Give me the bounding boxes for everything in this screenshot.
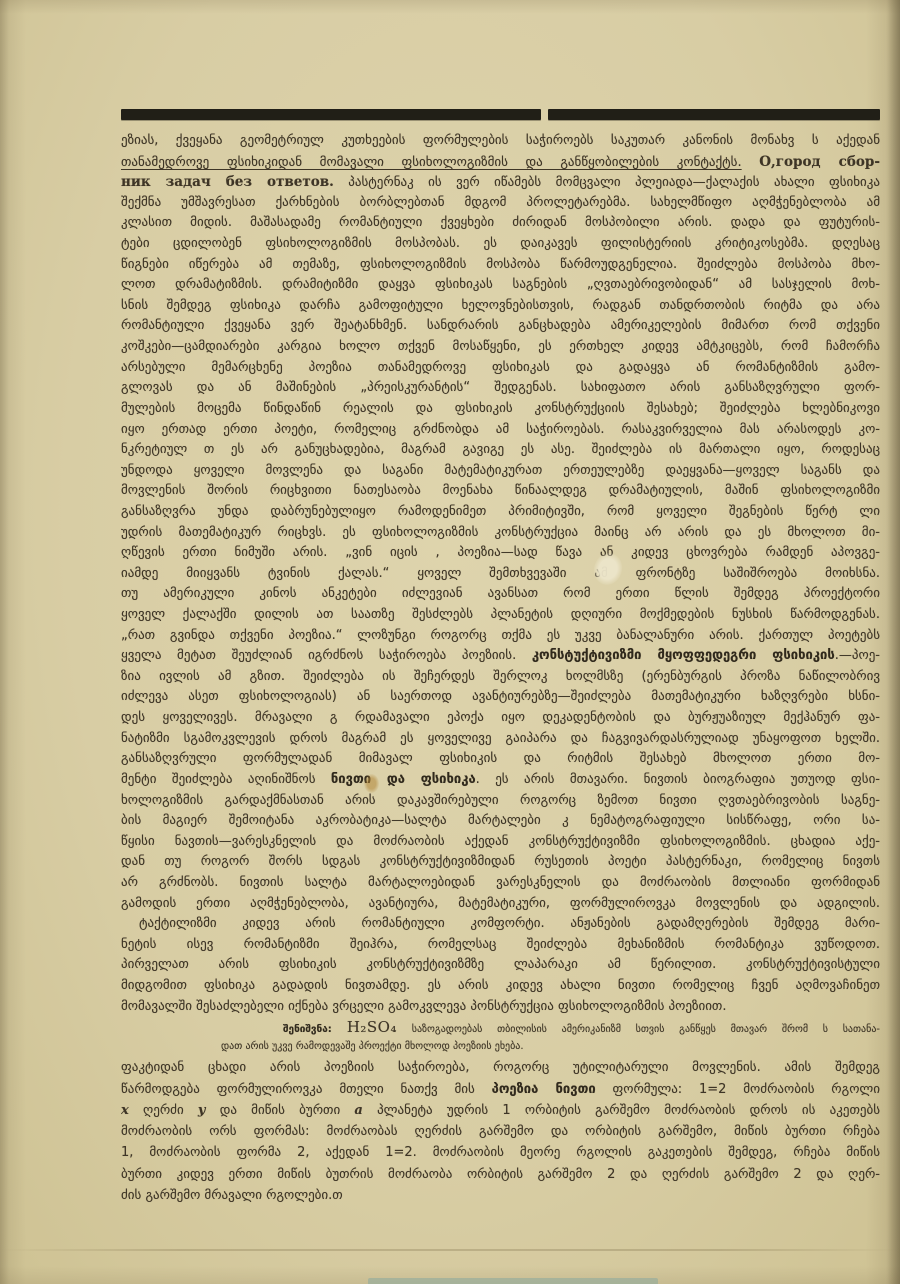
text-segment: რომანტიული ქვეყანა ვერ შეატანხმენ. სანდრ…	[121, 318, 880, 333]
bold-text-segment: კონსტუქტივიზმი მყოფფედეგრი ფსიხიკის	[532, 648, 835, 663]
text-segment: პასტერნაკ ის ვერ იწამებს მომცვალი პლეიად…	[334, 175, 880, 190]
scanner-edge-mark	[368, 1278, 658, 1284]
text-segment: ზია ივლის ამ გზით. შეიძლება ის შეჩერდეს …	[121, 669, 880, 684]
footnote-note: შენიშვნა: H₂SO₄ საზოგადოებას თბილისის ამ…	[221, 1017, 880, 1057]
text-line: შექმნა უმშავრესათ ქარხნების ბორბლებთან მ…	[121, 193, 880, 214]
text-segment: ხოლოგიზმის გარდაქმნასთან არის დაკავშირებ…	[121, 793, 880, 808]
bold-text-segment: ნივთი და ფსიხიკა	[331, 772, 476, 787]
text-segment: სნის შემდეგ ფსიხიკა დარჩა გამოფიტული ხელ…	[121, 298, 880, 313]
text-line: მენტი შეიძლება აღინიშნოს ნივთი და ფსიხიკ…	[121, 770, 880, 791]
russian-text-segment: ник задач без ответов.	[121, 174, 334, 190]
text-line: მომავალში შესაძლებელი იქნება ვრცელი გამო…	[121, 997, 880, 1018]
text-segment: გლოვას და ან მაშინების „პრეისკურანტის“ შ…	[121, 380, 880, 395]
math-variable: a	[354, 1103, 362, 1118]
text-line: თუ ამერიკული კინოს ანკეტები იძლევიან ავა…	[121, 584, 880, 605]
text-line: ყველა მეტათ შეუძლიან იგრძნოს საჭიროება პ…	[121, 646, 880, 667]
top-rule-left	[121, 109, 541, 120]
text-segment: თუ ამერიკული კინოს ანკეტები იძლევიან ავა…	[121, 586, 880, 601]
text-line: ხოლოგიზმის გარდაქმნასთან არის დაკავშირებ…	[121, 791, 880, 812]
paper-crease	[0, 1249, 900, 1251]
text-line: გამოდის ერთი აღმჭენებლობა, ავანტიურა, მა…	[121, 894, 880, 915]
text-segment: ფორმულა: 1=2 მოძრაობის რგოლი	[596, 1082, 880, 1097]
closing-paragraph: პირველათ არის ფსიხიკის კონსტრუქტივიზმზე …	[121, 955, 880, 1017]
text-segment: მოვლენის შორის რიცხვითი ნათესაობა მოენახ…	[121, 483, 880, 498]
text-segment: საზოგადოებას თბილისის ამერიკანიზმ სთვის …	[397, 1024, 880, 1035]
text-segment: არ გრძნობს. ნივთის სალტა მარტალოებიდან ვ…	[121, 875, 880, 890]
text-segment: იყო ერთად ერთი პოეტი, რომელიც გრძნობდა ა…	[121, 422, 880, 437]
text-segment: არსებული მემარცხენე პოეზია თანამედროვე ფ…	[121, 360, 880, 375]
text-segment: მულების მოცემა წინდაწინ რეალის და ფსიხიკ…	[121, 401, 880, 416]
text-segment	[742, 155, 760, 170]
text-segment: ყველა მეტათ შეუძლიან იგრძნოს საჭიროება პ…	[121, 648, 532, 663]
text-segment: ლოთ დრამატიზმის. დრამიტიზმი დაყვა ფსიხიკ…	[121, 277, 880, 292]
text-line: ნკრეტიულ თ ეს არ განუცხადებია, მაგრამ გა…	[121, 440, 880, 461]
text-line: ძის გარშემო მრავალი რგოლები.თ	[121, 1185, 880, 1206]
text-line: „რათ გვინდა თქვენი პოეზია.“ ლოზუნგი როგო…	[121, 626, 880, 647]
text-line: ლოთ დრამატიზმის. დრამიტიზმი დაყვა ფსიხიკ…	[121, 275, 880, 296]
text-segment: პირველათ არის ფსიხიკის კონსტრუქტივიზმზე …	[121, 957, 880, 972]
text-line: ტები ცდილობენ ფსიხოლოგიზმის მოსპობას. ეს…	[121, 234, 880, 255]
text-segment: მიდგომით ფსიხიკა გადადის ნივთამდე. ეს არ…	[121, 978, 880, 993]
text-line: მიდგომით ფსიხიკა გადადის ნივთამდე. ეს არ…	[121, 976, 880, 997]
text-line: დეს ყოველივეს. მრავალი გ რდამავალი ეპოქა…	[121, 708, 880, 729]
formula-paragraph: ფაკტიდან ცხადი არის პოეზიის საჭიროება, რ…	[121, 1057, 880, 1206]
text-segment: მომავალში შესაძლებელი იქნება ვრცელი გამო…	[121, 999, 726, 1014]
text-line: ნატიზმი სგამოკვლევის დროს მაგრამ ეს ყოვე…	[121, 729, 880, 750]
paper-edge-shadow-right	[886, 0, 900, 1284]
text-segment: უდრის მათემატიკურ რიცხვს. ეს ფსიხოლოგიზმ…	[121, 525, 880, 540]
text-line: მულების მოცემა წინდაწინ რეალის და ფსიხიკ…	[121, 399, 880, 420]
text-segment: მოძრაობის ორს ფორმას: მოძრაობას ღერძის გ…	[121, 1124, 880, 1139]
text-segment: .—პოე-	[835, 648, 880, 663]
text-line: რომანტიული ქვეყანა ვერ შეატანხმენ. სანდრ…	[121, 316, 880, 337]
text-segment: ყოველ ქალაქში დილის ათ საათზე შესძლებს პ…	[121, 607, 880, 622]
text-line: მოძრაობის ორს ფორმას: მოძრაობას ღერძის გ…	[121, 1121, 880, 1142]
text-line: თანამედროვე ფსიხიკიდან მომავალი ფსიხოლოგ…	[121, 152, 880, 173]
text-line: მოვლენის შორის რიცხვითი ნათესაობა მოენახ…	[121, 481, 880, 502]
text-segment: ღერძი	[129, 1103, 198, 1118]
text-segment: ბურთი კიდევ ერთი მიწის ბუთრის მოძრაობა ო…	[121, 1167, 880, 1182]
text-line: წყისი ნავთის—ვარესკნელის და მოძრაობის აქ…	[121, 832, 880, 853]
text-line: ღწევის ერთი ნიმუში არის. „ვინ იცის , პოე…	[121, 543, 880, 564]
text-line: იძლევა ასეთ ფსიხოლოგიას) ან საერთოდ ავან…	[121, 687, 880, 708]
text-segment: 1, მოძრაობის ფორმა 2, აქედან 1=2. მოძრაო…	[121, 1145, 880, 1160]
text-line: დან თუ როგორ შორს სდგას კონსტრუქტივიზმიდ…	[121, 852, 880, 873]
text-segment: და მიწის ბურთი	[205, 1103, 354, 1118]
text-segment: ბის მაგიერ შემოიტანა აკრობატიკა—სალტა მა…	[121, 813, 880, 828]
bold-text-segment: შენიშვნა:	[283, 1024, 347, 1035]
text-line: უდრის მათემატიკურ რიცხვს. ეს ფსიხოლოგიზმ…	[121, 523, 880, 544]
text-line: არ გრძნობს. ნივთის სალტა მარტალოებიდან ვ…	[121, 873, 880, 894]
text-segment: ფაკტიდან ცხადი არის პოეზიის საჭიროება, რ…	[121, 1060, 880, 1075]
text-line: გლოვას და ან მაშინების „პრეისკურანტის“ შ…	[121, 378, 880, 399]
text-line: კოშკები—ცამდიარები კარგია ხოლო თქვენ მოს…	[121, 337, 880, 358]
text-segment: ტები ცდილობენ ფსიხოლოგიზმის მოსპობას. ეს…	[121, 236, 880, 251]
text-line: წარმოდგება ფორმულიროვკა მთელი ნათქვ მის …	[121, 1079, 880, 1100]
text-line: ник задач без ответов. პასტერნაკ ის ვერ …	[121, 172, 880, 193]
text-segment: „რათ გვინდა თქვენი პოეზია.“ ლოზუნგი როგო…	[121, 628, 880, 643]
text-segment: ნკრეტიულ თ ეს არ განუცხადებია, მაგრამ გა…	[121, 442, 880, 457]
text-line: დათ არის უკვე რამოდევაშე პროექტი მხოლოდ …	[221, 1037, 880, 1057]
main-paragraph: ეზიას, ქვეყანა გეომეტრიულ კუთხეების ფორმ…	[121, 131, 880, 955]
top-rule-right	[548, 109, 880, 120]
text-segment: ეზიას, ქვეყანა გეომეტრიულ კუთხეების ფორმ…	[121, 133, 880, 148]
text-line: x ღერძი y და მიწის ბურთი a პლანეტა უდრის…	[121, 1100, 880, 1121]
text-segment: ნეტის ისევ რომანტიზმი შეიჰრა, რომელსაც შ…	[121, 937, 880, 952]
article-text-block: ეზიას, ქვეყანა გეომეტრიულ კუთხეების ფორმ…	[121, 131, 880, 1206]
text-segment: შექმნა უმშავრესათ ქარხნების ბორბლებთან მ…	[121, 195, 880, 210]
text-line: განსაზღვრა უნდა დაბრუნებულიყო რამოდენიმე…	[121, 502, 880, 523]
bold-text-segment: პოეზია ნივთი	[492, 1082, 596, 1097]
russian-text-segment: О,город сбор-	[759, 154, 880, 170]
text-segment: განსაზღვრული ფორმულადან მიმავალ ფსიხიკის…	[121, 751, 880, 766]
text-segment: ღწევის ერთი ნიმუში არის. „ვინ იცის , პოე…	[121, 545, 880, 560]
text-line: წიგნები იწერება ამ თემაზე, ფსიხოლოგიზმის…	[121, 255, 880, 276]
text-segment: დათ არის უკვე რამოდევაშე პროექტი მხოლოდ …	[221, 1041, 524, 1052]
text-segment: წარმოდგება ფორმულიროვკა მთელი ნათქვ მის	[121, 1082, 492, 1097]
text-line: ეზიას, ქვეყანა გეომეტრიულ კუთხეების ფორმ…	[121, 131, 880, 152]
text-segment: გამოდის ერთი აღმჭენებლობა, ავანტიურა, მა…	[121, 896, 880, 911]
text-segment: დეს ყოველივეს. მრავალი გ რდამავალი ეპოქა…	[121, 710, 880, 725]
scanned-page: ეზიას, ქვეყანა გეომეტრიულ კუთხეების ფორმ…	[0, 0, 900, 1284]
math-variable: x	[121, 1103, 129, 1118]
text-line: ბურთი კიდევ ერთი მიწის ბუთრის მოძრაობა ო…	[121, 1164, 880, 1185]
text-segment: იძლევა ასეთ ფსიხოლოგიას) ან საერთოდ ავან…	[121, 689, 880, 704]
text-segment: დან თუ როგორ შორს სდგას კონსტრუქტივიზმიდ…	[121, 854, 880, 869]
text-line: ზია ივლის ამ გზით. შეიძლება ის შეჩერდეს …	[121, 667, 880, 688]
text-segment: იამდე მიიყვანს ტვინის ქალას.“ ყოველ შემთ…	[121, 566, 880, 581]
text-segment: ნატიზმი სგამოკვლევის დროს მაგრამ ეს ყოვე…	[121, 731, 880, 746]
text-line: 1, მოძრაობის ფორმა 2, აქედან 1=2. მოძრაო…	[121, 1142, 880, 1163]
underlined-text-segment: თანამედროვე ფსიხიკიდან მომავალი ფსიხოლოგ…	[121, 155, 742, 170]
text-segment: განსაზღვრა უნდა დაბრუნებულიყო რამოდენიმე…	[121, 504, 880, 519]
text-line: ტაქტილიზმი კიდევ არის რომანტიული კომფორტ…	[121, 914, 880, 935]
text-line: შენიშვნა: H₂SO₄ საზოგადოებას თბილისის ამ…	[221, 1017, 880, 1037]
text-line: ბის მაგიერ შემოიტანა აკრობატიკა—სალტა მა…	[121, 811, 880, 832]
text-line: განსაზღვრული ფორმულადან მიმავალ ფსიხიკის…	[121, 749, 880, 770]
text-segment: კოშკები—ცამდიარები კარგია ხოლო თქვენ მოს…	[121, 339, 880, 354]
text-segment: წიგნები იწერება ამ თემაზე, ფსიხოლოგიზმის…	[121, 257, 880, 272]
chemical-formula: H₂SO₄	[347, 1018, 397, 1036]
text-segment: . ეს არის მთავარი. ნივთის ბიოგრაფია უთუო…	[476, 772, 880, 787]
text-segment: უნდოდა ყოველი მოვლენა და საგანი მატემატი…	[121, 463, 880, 478]
text-segment: მენტი შეიძლება აღინიშნოს	[121, 772, 331, 787]
text-line: კლასით მიდის. მაშასადამე რომანტიული ქვეყ…	[121, 213, 880, 234]
text-line: ყოველ ქალაქში დილის ათ საათზე შესძლებს პ…	[121, 605, 880, 626]
text-segment: პლანეტა უდრის 1 ორბიტის გარშემო მოძრაობი…	[363, 1103, 880, 1118]
text-line: იამდე მიიყვანს ტვინის ქალას.“ ყოველ შემთ…	[121, 564, 880, 585]
text-line: პირველათ არის ფსიხიკის კონსტრუქტივიზმზე …	[121, 955, 880, 976]
text-segment: ტაქტილიზმი კიდევ არის რომანტიული კომფორტ…	[139, 916, 880, 931]
text-segment: კლასით მიდის. მაშასადამე რომანტიული ქვეყ…	[121, 215, 880, 230]
text-segment: ძის გარშემო მრავალი რგოლები.თ	[121, 1188, 343, 1203]
text-line: ნეტის ისევ რომანტიზმი შეიჰრა, რომელსაც შ…	[121, 935, 880, 956]
text-line: სნის შემდეგ ფსიხიკა დარჩა გამოფიტული ხელ…	[121, 296, 880, 317]
text-line: ფაკტიდან ცხადი არის პოეზიის საჭიროება, რ…	[121, 1057, 880, 1078]
text-line: არსებული მემარცხენე პოეზია თანამედროვე ფ…	[121, 358, 880, 379]
text-line: უნდოდა ყოველი მოვლენა და საგანი მატემატი…	[121, 461, 880, 482]
text-line: იყო ერთად ერთი პოეტი, რომელიც გრძნობდა ა…	[121, 420, 880, 441]
text-segment: წყისი ნავთის—ვარესკნელის და მოძრაობის აქ…	[121, 834, 880, 849]
